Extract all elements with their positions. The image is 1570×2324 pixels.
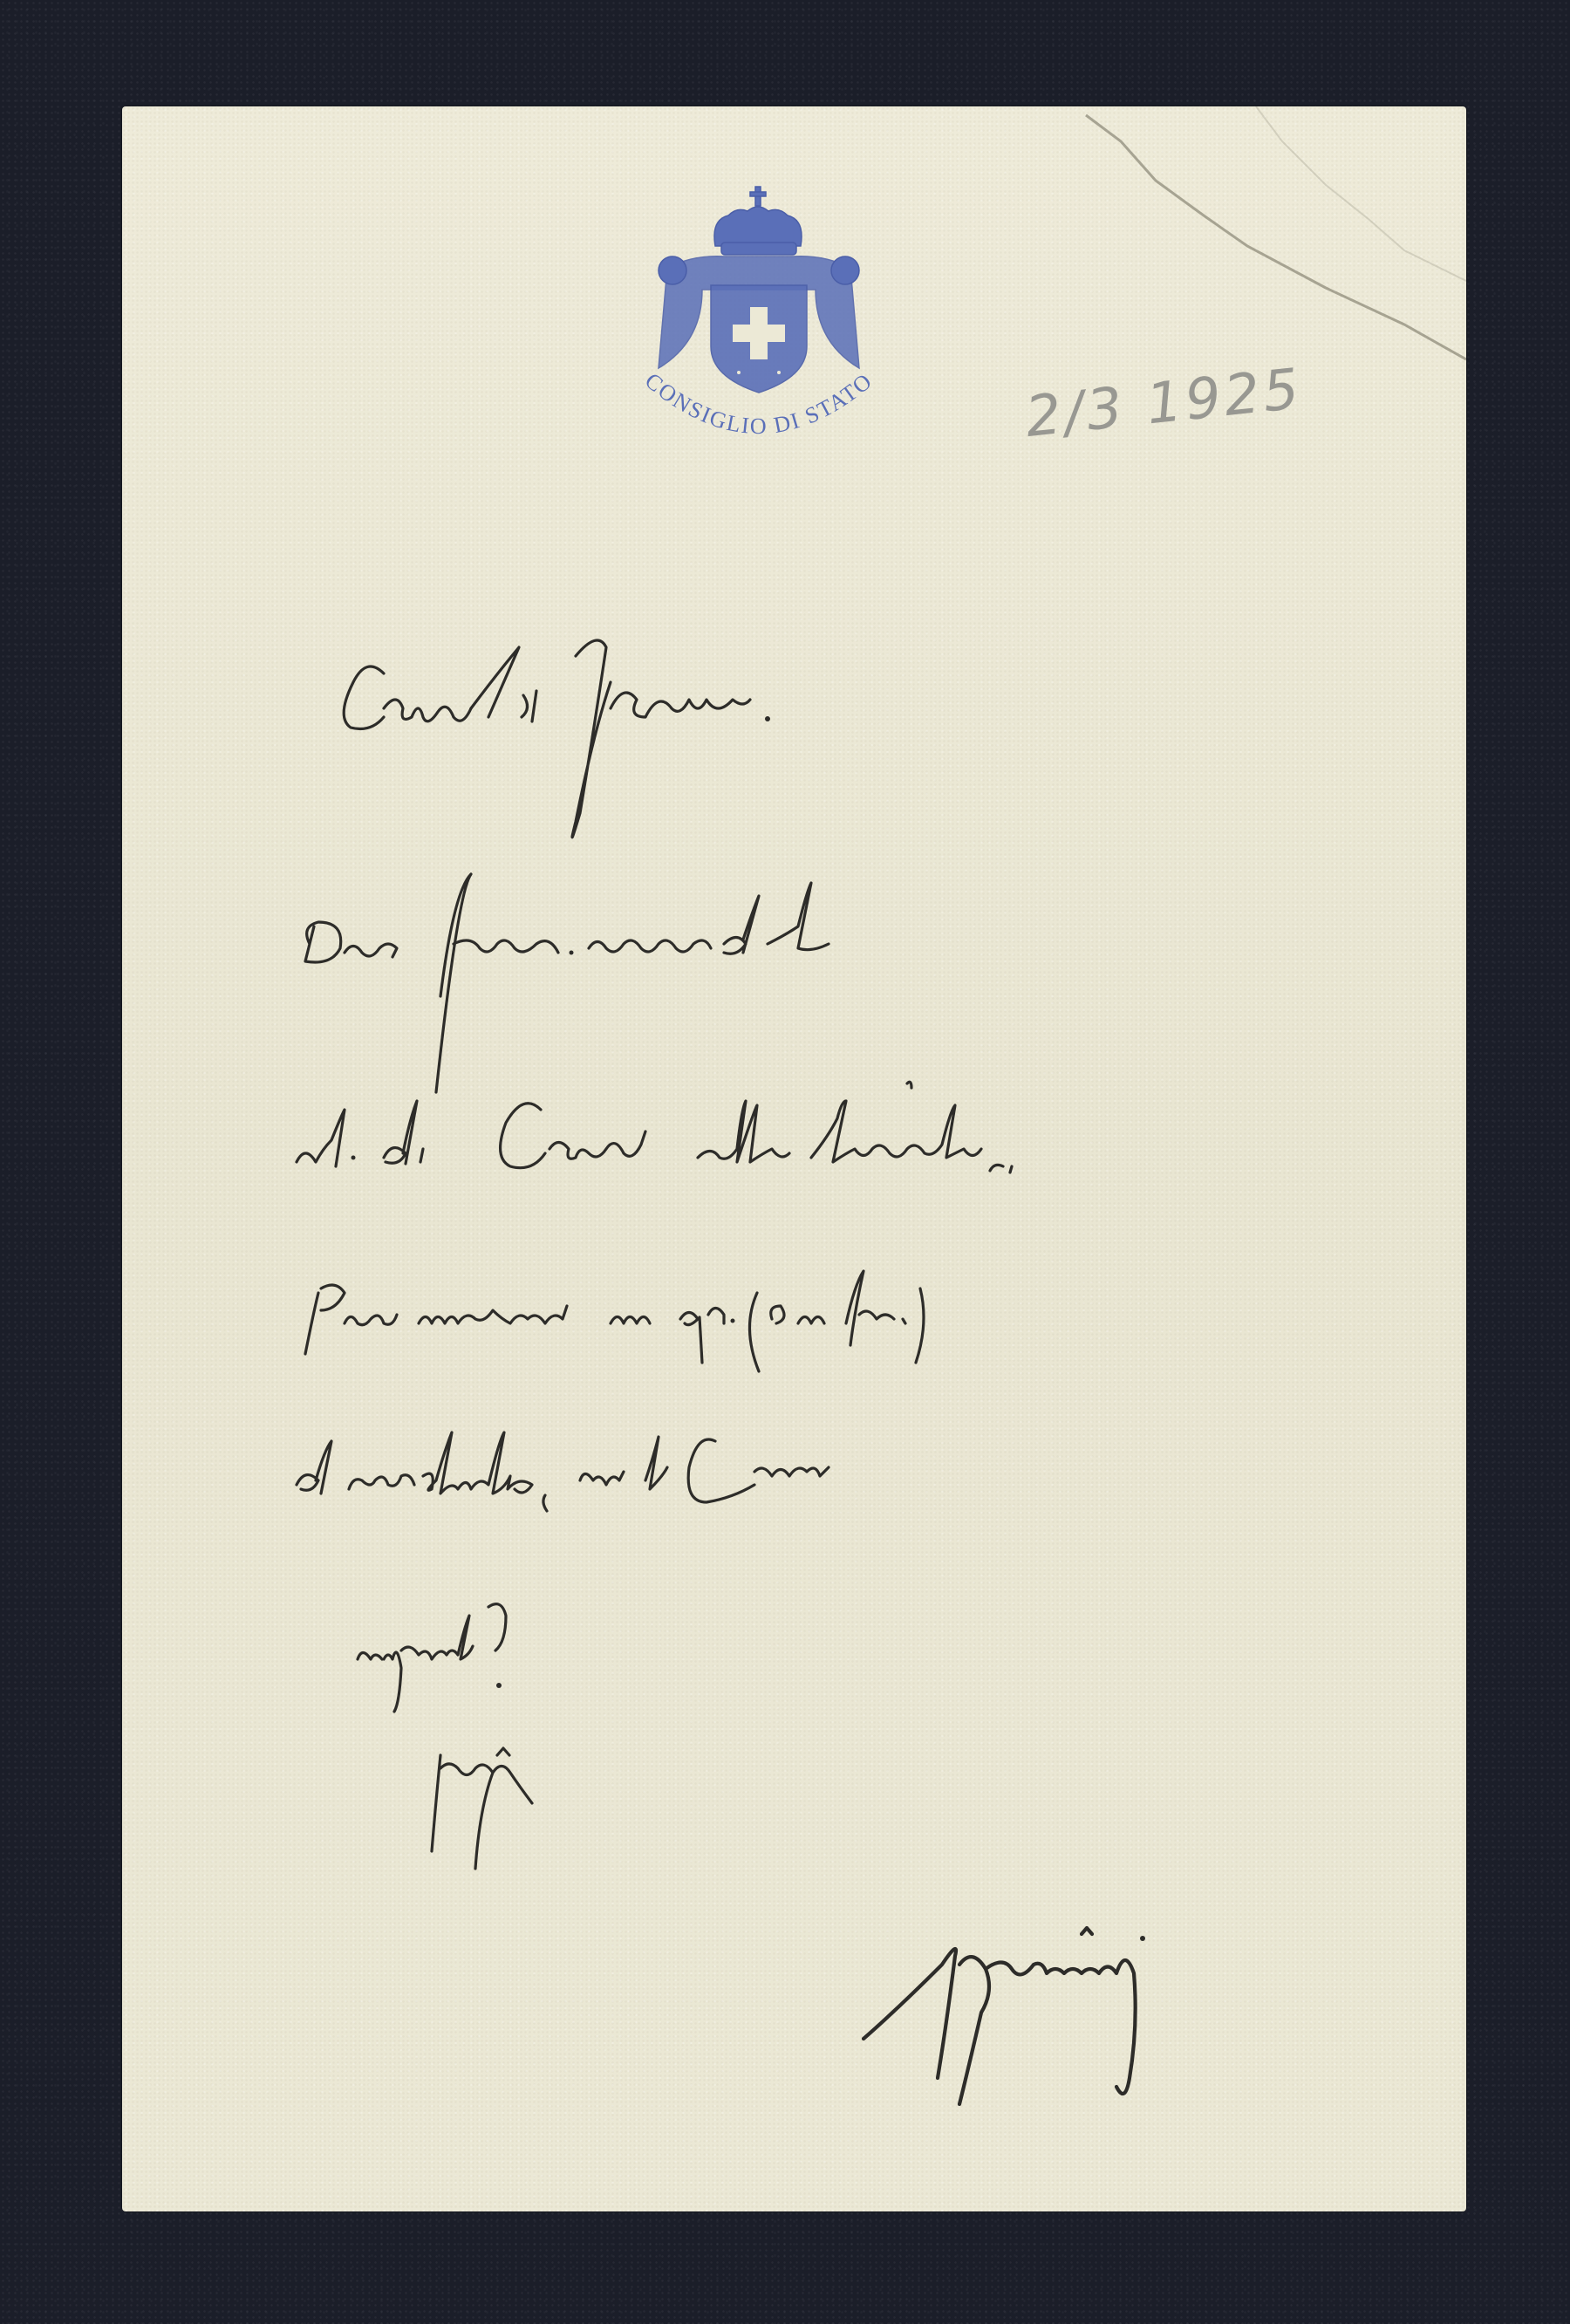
- salutation-strokes: [344, 640, 770, 837]
- body-line-3-strokes: [305, 1271, 924, 1371]
- handwriting-strokes: [122, 106, 1466, 2211]
- body-line-4-strokes: [297, 1432, 829, 1511]
- body-line-2-strokes: [297, 1082, 1012, 1172]
- closing-strokes: [432, 1748, 532, 1869]
- signature-strokes: [863, 1928, 1145, 2104]
- body-line-1-strokes: [305, 874, 829, 1092]
- body-line-5-strokes: [358, 1604, 506, 1712]
- letter-sheet: CONSIGLIO DI STATO 2/3 1925 Caro Profess…: [122, 106, 1466, 2211]
